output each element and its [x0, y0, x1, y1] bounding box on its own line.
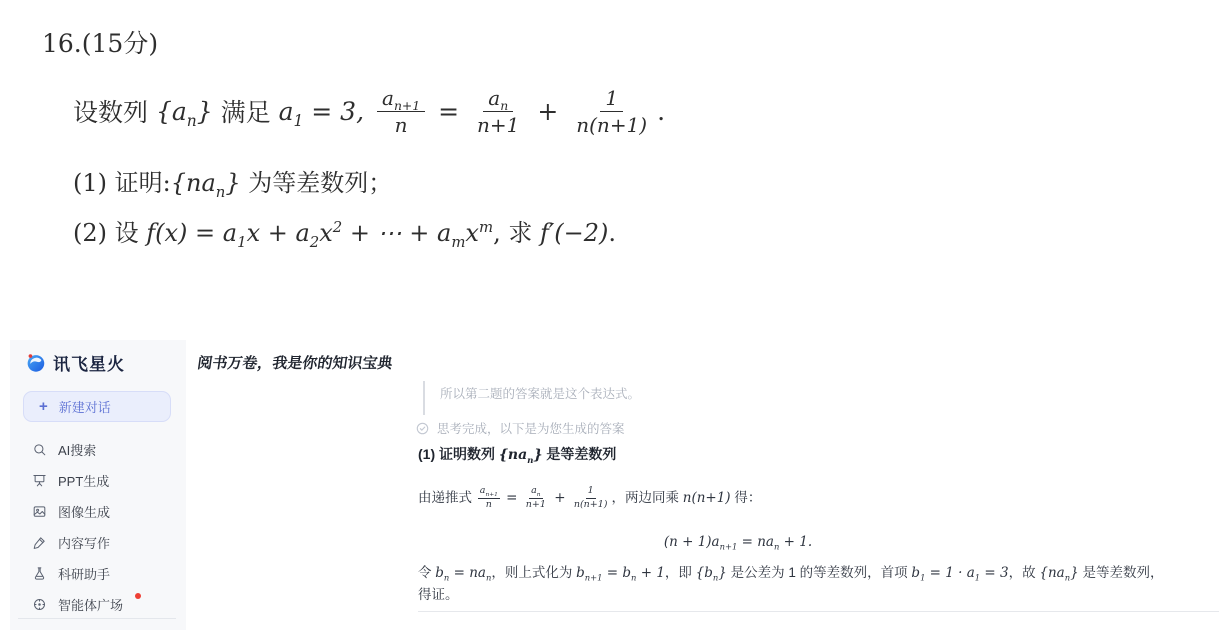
chat-content: 阅书万卷，我是你的知识宝典 所以第二题的答案就是这个表达式。 思考完成，以下是为… [186, 340, 1219, 630]
sidebar-item-label: PPT生成 [58, 471, 109, 490]
answer-divider [418, 611, 1219, 612]
sidebar-item-image-generation[interactable]: 图像生成 [23, 496, 175, 527]
compass-icon [32, 597, 47, 612]
sidebar-item-ai-search[interactable]: AI搜索 [23, 434, 175, 465]
plus-icon: + [39, 399, 48, 414]
sidebar-item-label: 内容写作 [58, 533, 110, 552]
spark-flame-icon [25, 352, 46, 373]
sidebar-item-label: 图像生成 [58, 502, 110, 521]
new-chat-label: 新建对话 [59, 397, 111, 416]
answer-paragraph-2: 令 bn = nan，则上式化为 bn+1 = bn + 1，即 {bn} 是公… [418, 562, 1218, 606]
new-chat-button[interactable]: + 新建对话 [23, 391, 171, 422]
problem-item-2: (2) 设 f(x) = a1x + a2x2 + ⋯ + amxm, 求 f′… [73, 213, 665, 248]
thinking-done-icon [416, 422, 429, 435]
fraction: an+1n [377, 87, 425, 136]
image-icon [32, 504, 47, 519]
sidebar-item-agent-plaza[interactable]: 智能体广场 [23, 589, 175, 620]
problem-equation: 设数列 {an} 满足 a1 = 3, an+1n = ann+1 + 1n(n… [73, 74, 665, 148]
sidebar-menu: AI搜索PPT生成图像生成内容写作科研助手智能体广场 [23, 434, 175, 620]
assistant-slogan: 阅书万卷，我是你的知识宝典 [196, 352, 394, 373]
app-logo[interactable]: 讯飞星火 [25, 350, 125, 375]
thinking-quote: 所以第二题的答案就是这个表达式。 [423, 381, 640, 415]
thinking-status-text: 思考完成，以下是为您生成的答案 [437, 419, 625, 437]
fraction: 1n(n+1) [572, 486, 610, 510]
thinking-status[interactable]: 思考完成，以下是为您生成的答案 [416, 419, 625, 437]
sidebar-item-label: 科研助手 [58, 564, 110, 583]
fraction: an+1n [478, 486, 500, 510]
search-icon [32, 442, 47, 457]
sidebar-item-ppt-generation[interactable]: PPT生成 [23, 465, 175, 496]
notification-dot [135, 593, 141, 599]
sidebar-item-content-writing[interactable]: 内容写作 [23, 527, 175, 558]
sidebar-item-research-assistant[interactable]: 科研助手 [23, 558, 175, 589]
spark-app-window: 讯飞星火 + 新建对话 AI搜索PPT生成图像生成内容写作科研助手智能体广场 阅… [10, 340, 1219, 630]
pen-icon [32, 535, 47, 550]
fraction: ann+1 [524, 486, 548, 510]
answer-centered-equation: (n + 1)an+1 = nan + 1. [418, 529, 1058, 555]
math-problem: 16.(15分) 设数列 {an} 满足 a1 = 3, an+1n = ann… [42, 24, 665, 248]
answer-paragraph-1: 由递推式 an+1n = ann+1 + 1n(n+1)，两边同乘 n(n+1)… [418, 483, 761, 513]
sidebar: 讯飞星火 + 新建对话 AI搜索PPT生成图像生成内容写作科研助手智能体广场 [10, 340, 186, 630]
sidebar-item-label: AI搜索 [58, 440, 96, 459]
problem-item-1: (1) 证明:{nan} 为等差数列； [73, 163, 665, 198]
sidebar-divider [18, 618, 176, 619]
answer-heading-1: (1) 证明数列 {nan} 是等差数列 [418, 444, 616, 464]
sidebar-item-label: 智能体广场 [58, 595, 123, 614]
problem-number: 16.(15分) [42, 24, 665, 60]
app-logo-text: 讯飞星火 [53, 350, 125, 375]
thinking-quote-text: 所以第二题的答案就是这个表达式。 [440, 387, 640, 401]
presentation-icon [32, 473, 47, 488]
fraction: 1n(n+1) [571, 87, 652, 136]
fraction: ann+1 [472, 87, 524, 136]
flask-icon [32, 566, 47, 581]
